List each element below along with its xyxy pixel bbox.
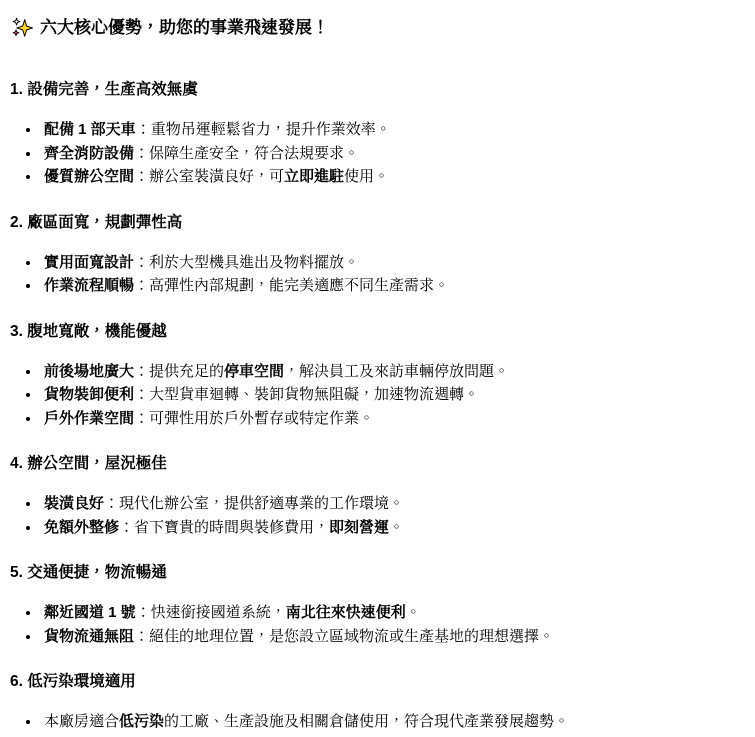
item-regular-text: ：現代化辦公室，提供舒適專業的工作環境。 xyxy=(104,495,404,512)
item-regular-text: ，解決員工及來訪車輛停放問題。 xyxy=(284,363,509,380)
item-regular-text: ：大型貨車迴轉、裝卸貨物無阻礙，加速物流週轉。 xyxy=(134,386,479,403)
section-heading: 2. 廠區面寬，規劃彈性高 xyxy=(10,212,739,234)
item-bold-text: 裝潢良好 xyxy=(44,495,104,512)
item-regular-text: ：可彈性用於戶外暫存或特定作業。 xyxy=(134,410,374,427)
item-bold-text: 鄰近國道 1 號 xyxy=(44,604,136,621)
item-regular-text: ：高彈性內部規劃，能完美適應不同生產需求。 xyxy=(134,277,449,294)
list-item: 配備 1 部天車：重物吊運輕鬆省力，提升作業效率。 xyxy=(41,118,739,142)
list-item: 貨物流通無阻：絕佳的地理位置，是您設立區域物流或生產基地的理想選擇。 xyxy=(41,625,739,649)
advantage-list: 實用面寬設計：利於大型機具進出及物料擺放。作業流程順暢：高彈性內部規劃，能完美適… xyxy=(10,251,739,298)
item-bold-text: 南北往來快速便利 xyxy=(286,604,406,621)
item-bold-text: 即刻營運 xyxy=(329,519,389,536)
item-bold-text: 停車空間 xyxy=(224,363,284,380)
list-item: 戶外作業空間：可彈性用於戶外暫存或特定作業。 xyxy=(41,407,739,431)
item-regular-text: ：保障生產安全，符合法規要求。 xyxy=(134,145,359,162)
advantage-section: 1. 設備完善，生產高效無虞配備 1 部天車：重物吊運輕鬆省力，提升作業效率。齊… xyxy=(10,79,739,189)
list-item: 免額外整修：省下寶貴的時間與裝修費用，即刻營運。 xyxy=(41,516,739,540)
list-item: 貨物裝卸便利：大型貨車迴轉、裝卸貨物無阻礙，加速物流週轉。 xyxy=(41,383,739,407)
item-bold-text: 前後場地廣大 xyxy=(44,363,134,380)
item-regular-text: ：省下寶貴的時間與裝修費用， xyxy=(119,519,329,536)
item-regular-text: ：快速銜接國道系統， xyxy=(136,604,286,621)
sparkles-icon xyxy=(12,17,33,38)
advantage-list: 配備 1 部天車：重物吊運輕鬆省力，提升作業效率。齊全消防設備：保障生產安全，符… xyxy=(10,118,739,189)
section-heading: 1. 設備完善，生產高效無虞 xyxy=(10,79,739,101)
list-item: 前後場地廣大：提供充足的停車空間，解決員工及來訪車輛停放問題。 xyxy=(41,360,739,384)
advantage-section: 4. 辦公空間，屋況極佳裝潢良好：現代化辦公室，提供舒適專業的工作環境。免額外整… xyxy=(10,453,739,539)
item-bold-text: 免額外整修 xyxy=(44,519,119,536)
section-heading: 3. 腹地寬敞，機能優越 xyxy=(10,321,739,343)
section-heading: 5. 交通便捷，物流暢通 xyxy=(10,562,739,584)
item-regular-text: ：重物吊運輕鬆省力，提升作業效率。 xyxy=(136,121,391,138)
item-bold-text: 戶外作業空間 xyxy=(44,410,134,427)
item-regular-text: ：辦公室裝潢良好，可 xyxy=(134,168,284,185)
list-item: 作業流程順暢：高彈性內部規劃，能完美適應不同生產需求。 xyxy=(41,274,739,298)
item-bold-text: 優質辦公空間 xyxy=(44,168,134,185)
list-item: 齊全消防設備：保障生產安全，符合法規要求。 xyxy=(41,142,739,166)
item-regular-text: 。 xyxy=(389,519,404,536)
item-bold-text: 實用面寬設計 xyxy=(44,254,134,271)
list-item: 裝潢良好：現代化辦公室，提供舒適專業的工作環境。 xyxy=(41,492,739,516)
list-item: 本廠房適合低污染的工廠、生產設施及相關倉儲使用，符合現代產業發展趨勢。 xyxy=(41,710,739,734)
page-title: 六大核心優勢，助您的事業飛速發展！ xyxy=(12,16,739,39)
item-regular-text: ：利於大型機具進出及物料擺放。 xyxy=(134,254,359,271)
item-regular-text: ：提供充足的 xyxy=(134,363,224,380)
item-regular-text: 的工廠、生產設施及相關倉儲使用，符合現代產業發展趨勢。 xyxy=(164,713,569,730)
item-bold-text: 配備 1 部天車 xyxy=(44,121,136,138)
list-item: 鄰近國道 1 號：快速銜接國道系統，南北往來快速便利。 xyxy=(41,601,739,625)
page-title-text: 六大核心優勢，助您的事業飛速發展！ xyxy=(40,16,329,39)
item-bold-text: 齊全消防設備 xyxy=(44,145,134,162)
item-regular-text: 本廠房適合 xyxy=(44,713,119,730)
item-bold-text: 低污染 xyxy=(119,713,164,730)
section-heading: 4. 辦公空間，屋況極佳 xyxy=(10,453,739,475)
advantage-list: 裝潢良好：現代化辦公室，提供舒適專業的工作環境。免額外整修：省下寶貴的時間與裝修… xyxy=(10,492,739,539)
advantages-document: 六大核心優勢，助您的事業飛速發展！ 1. 設備完善，生產高效無虞配備 1 部天車… xyxy=(0,0,755,734)
list-item: 實用面寬設計：利於大型機具進出及物料擺放。 xyxy=(41,251,739,275)
advantage-section: 6. 低污染環境適用本廠房適合低污染的工廠、生產設施及相關倉儲使用，符合現代產業… xyxy=(10,671,739,734)
advantage-section: 2. 廠區面寬，規劃彈性高實用面寬設計：利於大型機具進出及物料擺放。作業流程順暢… xyxy=(10,212,739,298)
sections-root: 1. 設備完善，生產高效無虞配備 1 部天車：重物吊運輕鬆省力，提升作業效率。齊… xyxy=(10,79,739,734)
advantage-list: 本廠房適合低污染的工廠、生產設施及相關倉儲使用，符合現代產業發展趨勢。 xyxy=(10,710,739,734)
item-regular-text: 。 xyxy=(406,604,421,621)
list-item: 優質辦公空間：辦公室裝潢良好，可立即進駐使用。 xyxy=(41,165,739,189)
item-bold-text: 作業流程順暢 xyxy=(44,277,134,294)
advantage-list: 鄰近國道 1 號：快速銜接國道系統，南北往來快速便利。貨物流通無阻：絕佳的地理位… xyxy=(10,601,739,648)
item-regular-text: 使用。 xyxy=(344,168,389,185)
item-bold-text: 貨物流通無阻 xyxy=(44,628,134,645)
item-bold-text: 立即進駐 xyxy=(284,168,344,185)
advantage-list: 前後場地廣大：提供充足的停車空間，解決員工及來訪車輛停放問題。貨物裝卸便利：大型… xyxy=(10,360,739,431)
advantage-section: 5. 交通便捷，物流暢通鄰近國道 1 號：快速銜接國道系統，南北往來快速便利。貨… xyxy=(10,562,739,648)
advantage-section: 3. 腹地寬敞，機能優越前後場地廣大：提供充足的停車空間，解決員工及來訪車輛停放… xyxy=(10,321,739,431)
item-bold-text: 貨物裝卸便利 xyxy=(44,386,134,403)
section-heading: 6. 低污染環境適用 xyxy=(10,671,739,693)
item-regular-text: ：絕佳的地理位置，是您設立區域物流或生產基地的理想選擇。 xyxy=(134,628,554,645)
